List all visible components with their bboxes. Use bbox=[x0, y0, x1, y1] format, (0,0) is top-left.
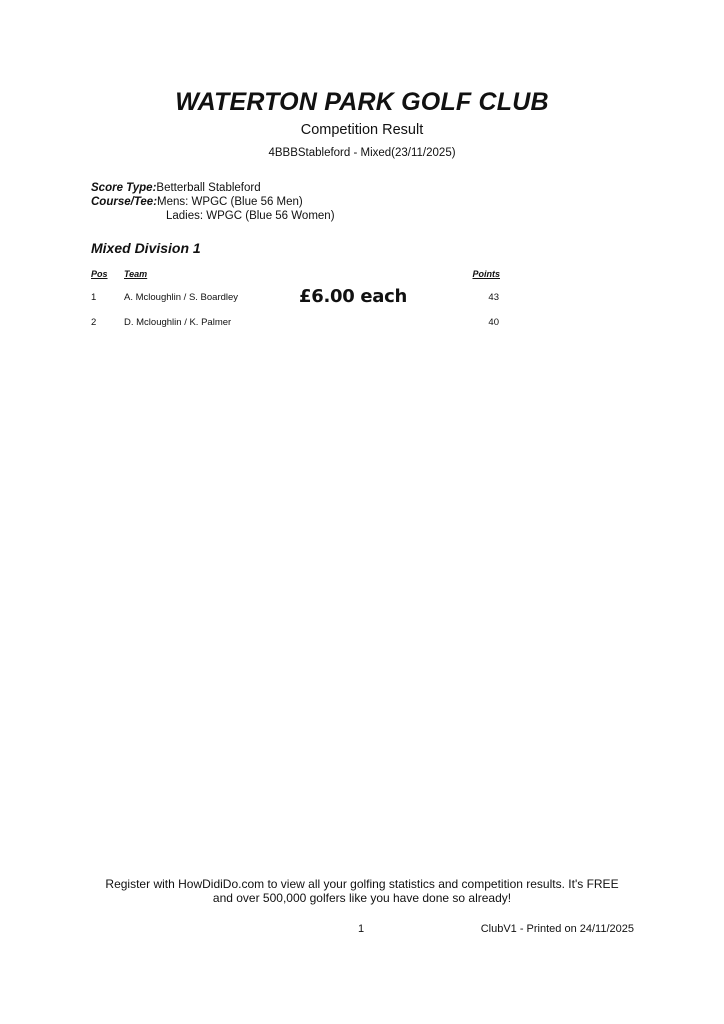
competition-name: 4BBBStableford - Mixed(23/11/2025) bbox=[0, 147, 724, 159]
course-tee-ladies: Ladies: WPGC (Blue 56 Women) bbox=[166, 209, 335, 223]
score-type-value: Betterball Stableford bbox=[156, 182, 260, 194]
score-type-line: Score Type:Betterball Stableford bbox=[91, 181, 261, 195]
course-tee-label: Course/Tee: bbox=[91, 196, 157, 208]
row-pos: 2 bbox=[91, 317, 96, 328]
score-type-label: Score Type: bbox=[91, 182, 156, 194]
footer-message-line1: Register with HowDidiDo.com to view all … bbox=[0, 877, 724, 891]
row-points: 40 bbox=[488, 317, 499, 328]
footer-message-line2: and over 500,000 golfers like you have d… bbox=[0, 891, 724, 905]
prize-note: £6.00 each bbox=[299, 286, 407, 307]
footer-message: Register with HowDidiDo.com to view all … bbox=[0, 877, 724, 905]
course-tee-line: Course/Tee:Mens: WPGC (Blue 56 Men) bbox=[91, 195, 303, 209]
row-team: D. Mcloughlin / K. Palmer bbox=[124, 317, 231, 328]
row-points: 43 bbox=[488, 292, 499, 303]
course-tee-mens: Mens: WPGC (Blue 56 Men) bbox=[157, 196, 303, 208]
row-team: A. Mcloughlin / S. Boardley bbox=[124, 292, 238, 303]
page-subtitle: Competition Result bbox=[0, 122, 724, 138]
club-title: WATERTON PARK GOLF CLUB bbox=[0, 88, 724, 117]
printed-info: ClubV1 - Printed on 24/11/2025 bbox=[481, 923, 634, 935]
col-header-team: Team bbox=[124, 269, 147, 279]
col-header-pos: Pos bbox=[91, 269, 108, 279]
col-header-points: Points bbox=[472, 269, 500, 279]
row-pos: 1 bbox=[91, 292, 96, 303]
division-title: Mixed Division 1 bbox=[91, 240, 201, 256]
page-number: 1 bbox=[358, 923, 364, 935]
